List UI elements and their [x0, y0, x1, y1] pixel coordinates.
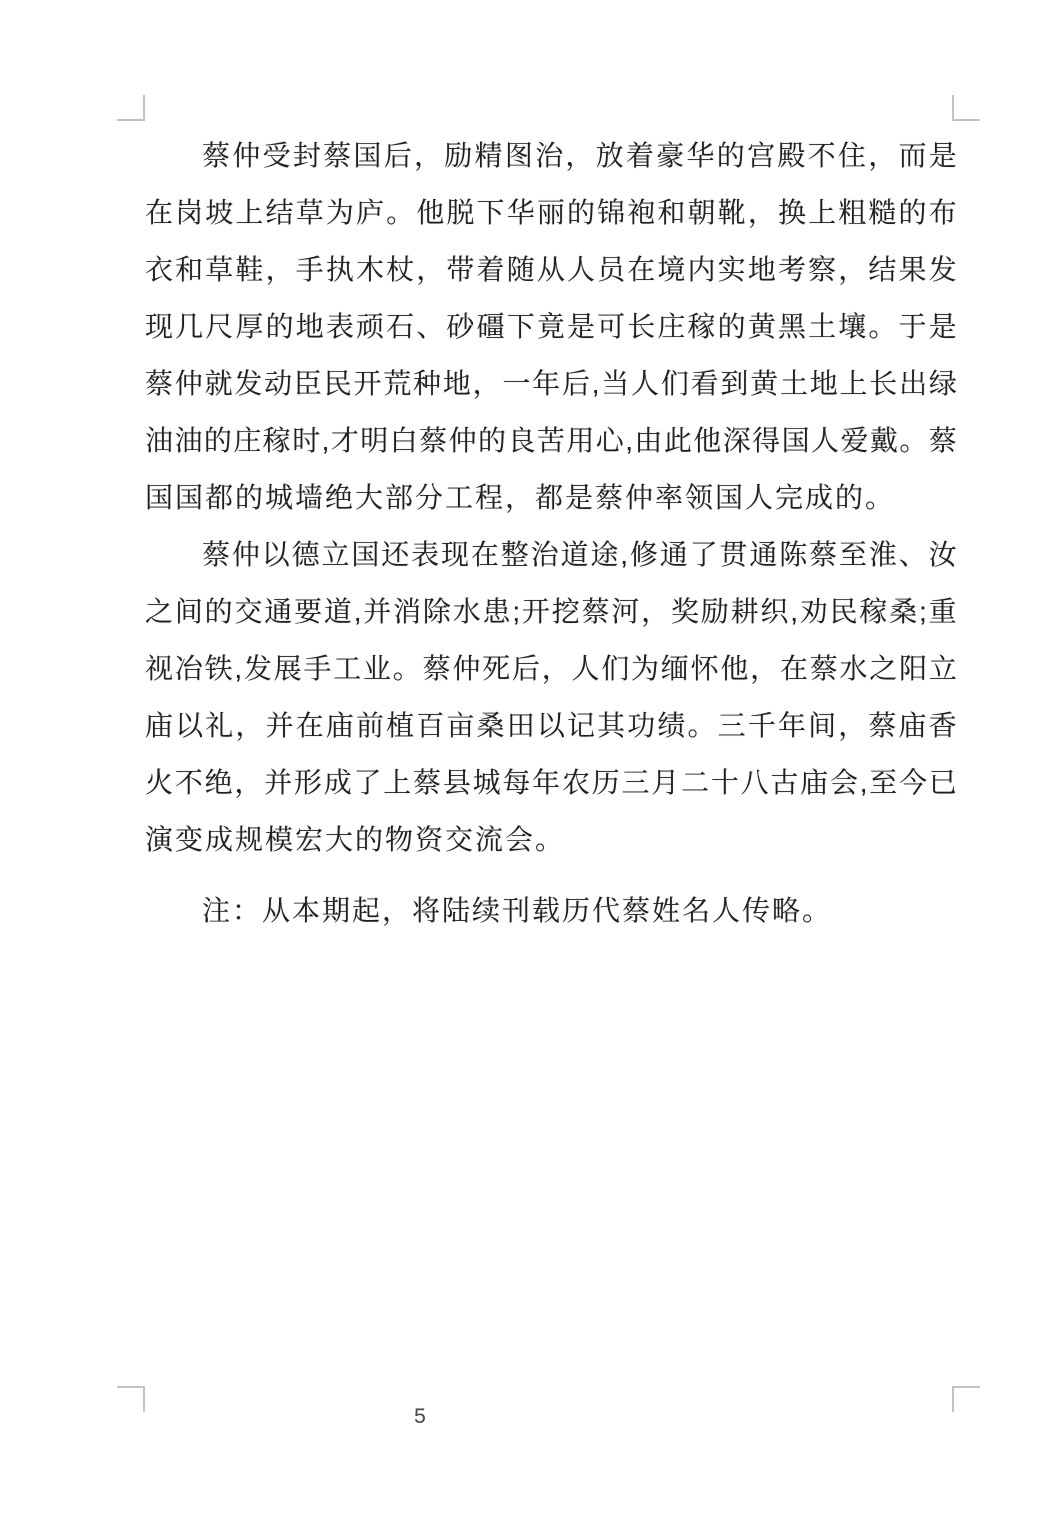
paragraph-2: 蔡仲以德立国还表现在整治道途,修通了贯通陈蔡至淮、汝之间的交通要道,并消除水患;… — [145, 526, 957, 868]
text-line: 庙以礼，并在庙前植百亩桑田以记其功绩。三千年间，蔡庙香 — [145, 697, 957, 754]
text-line: 蔡仲以德立国还表现在整治道途,修通了贯通陈蔡至淮、汝 — [145, 526, 957, 583]
text-line: 蔡仲受封蔡国后，励精图治，放着豪华的宫殿不住，而是 — [145, 127, 957, 184]
text-line: 国国都的城墙绝大部分工程，都是蔡仲率领国人完成的。 — [145, 469, 957, 526]
text-line: 注：从本期起，将陆续刊载历代蔡姓名人传略。 — [145, 882, 957, 939]
crop-mark-top-right — [952, 95, 980, 121]
crop-mark-bottom-left — [117, 1386, 145, 1412]
text-line: 在岗坡上结草为庐。他脱下华丽的锦袍和朝靴，换上粗糙的布 — [145, 184, 957, 241]
document-body: 蔡仲受封蔡国后，励精图治，放着豪华的宫殿不住，而是在岗坡上结草为庐。他脱下华丽的… — [145, 127, 957, 939]
text-line: 演变成规模宏大的物资交流会。 — [145, 811, 957, 868]
note-paragraph: 注：从本期起，将陆续刊载历代蔡姓名人传略。 — [145, 882, 957, 939]
text-line: 视冶铁,发展手工业。蔡仲死后，人们为缅怀他，在蔡水之阳立 — [145, 640, 957, 697]
page-number: 5 — [370, 1402, 470, 1432]
text-line: 衣和草鞋，手执木杖，带着随从人员在境内实地考察，结果发 — [145, 241, 957, 298]
text-line: 蔡仲就发动臣民开荒种地，一年后,当人们看到黄土地上长出绿 — [145, 355, 957, 412]
text-line: 火不绝，并形成了上蔡县城每年农历三月二十八古庙会,至今已 — [145, 754, 957, 811]
text-line: 油油的庄稼时,才明白蔡仲的良苦用心,由此他深得国人爱戴。蔡 — [145, 412, 957, 469]
paragraph-1: 蔡仲受封蔡国后，励精图治，放着豪华的宫殿不住，而是在岗坡上结草为庐。他脱下华丽的… — [145, 127, 957, 526]
text-line: 现几尺厚的地表顽石、砂礓下竟是可长庄稼的黄黑土壤。于是 — [145, 298, 957, 355]
crop-mark-top-left — [117, 95, 145, 121]
text-line: 之间的交通要道,并消除水患;开挖蔡河，奖励耕织,劝民稼桑;重 — [145, 583, 957, 640]
document-page: 蔡仲受封蔡国后，励精图治，放着豪华的宫殿不住，而是在岗坡上结草为庐。他脱下华丽的… — [0, 0, 1052, 1520]
crop-mark-bottom-right — [952, 1386, 980, 1412]
